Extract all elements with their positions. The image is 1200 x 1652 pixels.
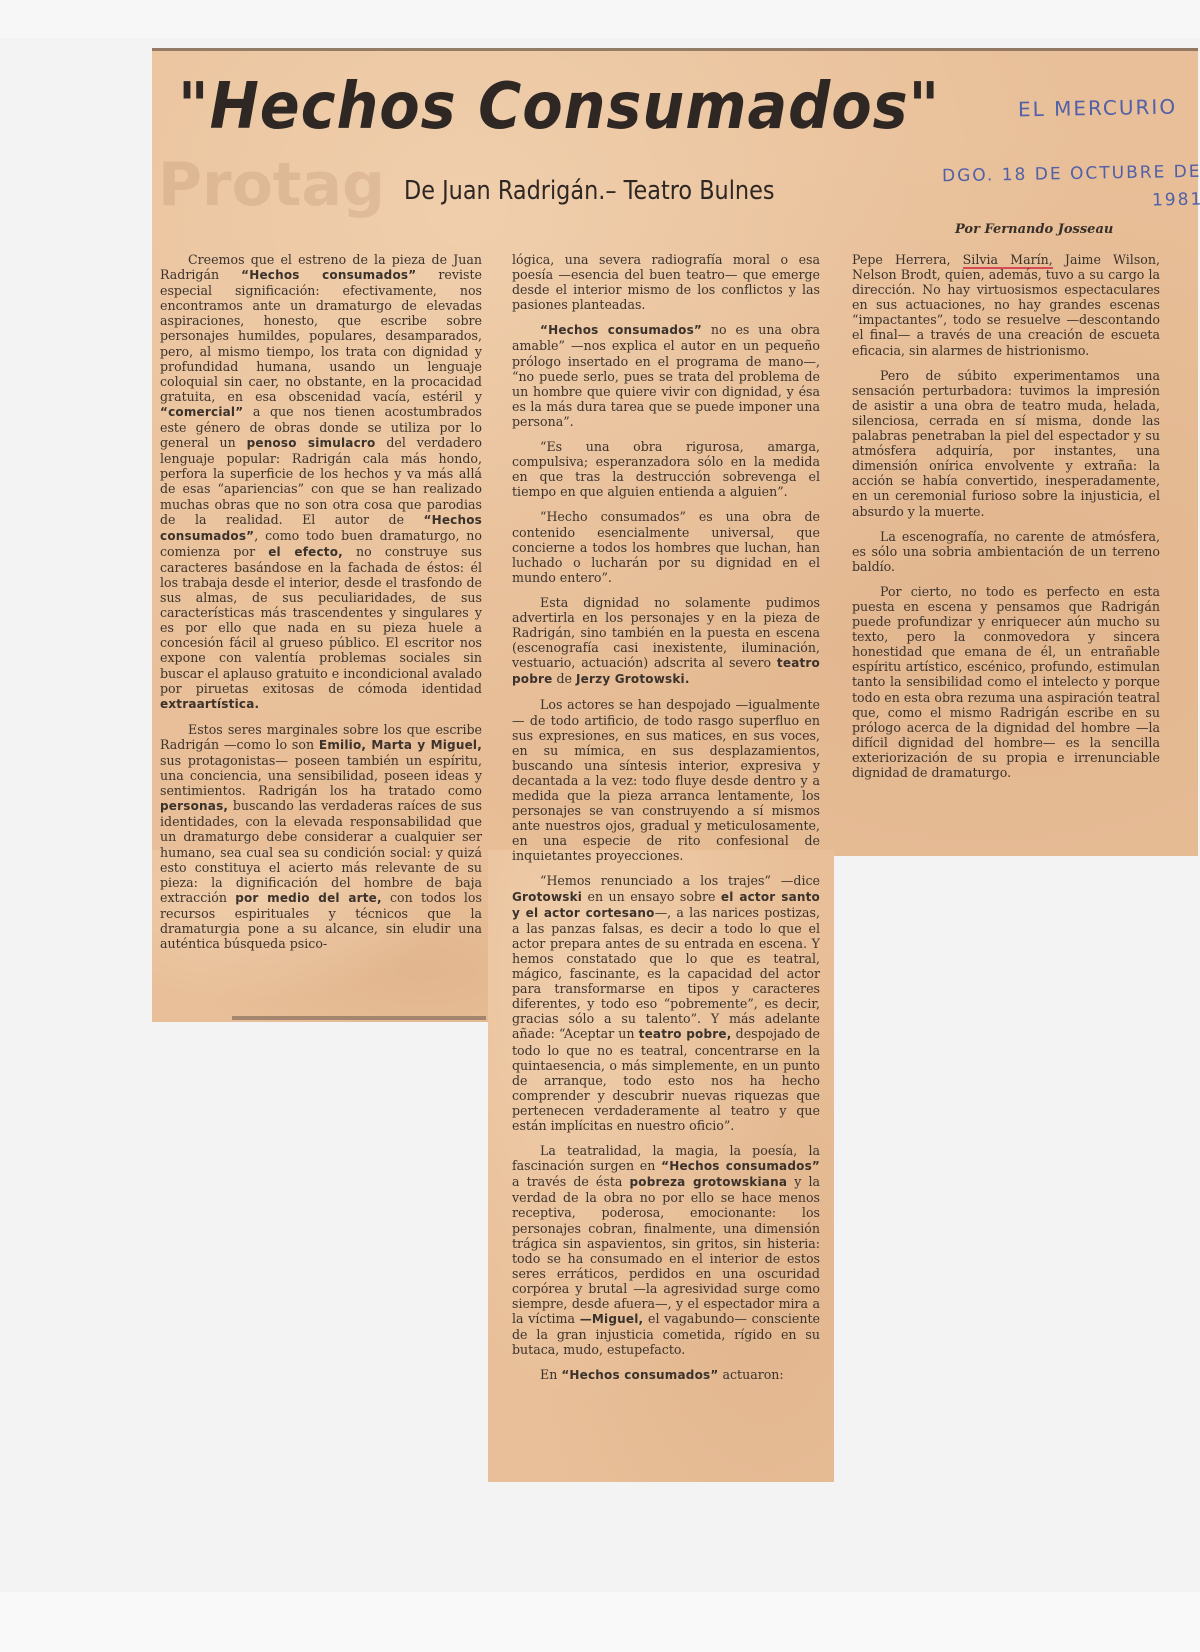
article-paragraph: Los actores se han despojado —igualmente… <box>512 697 820 863</box>
article-paragraph: lógica, una severa radiografía moral o e… <box>512 252 820 312</box>
article-paragraph: Pepe Herrera, Silvia Marín, Jaime Wilson… <box>852 252 1160 358</box>
emphasis-text: “Hechos consumados” <box>160 513 482 543</box>
scanner-bottom-margin <box>0 1592 1200 1652</box>
article-paragraph: “Es una obra rigurosa, amarga, compulsiv… <box>512 439 820 499</box>
emphasis-text: “Hechos consumados” <box>561 1368 718 1382</box>
emphasis-text: teatro pobre, <box>639 1027 732 1041</box>
scanner-background <box>0 0 1200 38</box>
top-rule <box>152 48 1198 51</box>
article-paragraph: La escenografía, no carente de atmósfera… <box>852 529 1160 574</box>
article-paragraph: “Hemos renunciado a los trajes” —dice Gr… <box>512 873 820 1133</box>
article-paragraph: Creemos que el estreno de la pieza de Ju… <box>160 252 482 712</box>
underlined-name: Silvia Marín, <box>963 252 1053 269</box>
emphasis-text: Jerzy Grotowski. <box>576 672 690 686</box>
emphasis-text: penoso simulacro <box>247 436 376 450</box>
headline: "Hechos Consumados" <box>178 70 940 144</box>
emphasis-text: Grotowski <box>512 890 582 904</box>
article-column-2: lógica, una severa radiografía moral o e… <box>512 252 820 1393</box>
bleed-through-text: Protag <box>158 150 385 220</box>
byline: Por Fernando Josseau <box>955 222 1113 237</box>
handwritten-year: 1981 <box>1152 190 1200 211</box>
article-column-3: Pepe Herrera, Silvia Marín, Jaime Wilson… <box>852 252 1160 790</box>
emphasis-text: pobreza grotowskiana <box>630 1175 788 1189</box>
column-end-rule <box>232 1016 486 1020</box>
emphasis-text: “Hechos consumados” <box>241 268 416 282</box>
article-paragraph: Pero de súbito experimentamos una sensac… <box>852 368 1160 519</box>
emphasis-text: “comercial” <box>160 405 243 419</box>
handwritten-source: EL MERCURIO <box>1018 95 1177 122</box>
emphasis-text: extraartística. <box>160 697 259 711</box>
emphasis-text: por medio del arte, <box>235 891 382 905</box>
article-paragraph: Por cierto, no todo es perfecto en esta … <box>852 584 1160 780</box>
article-column-1: Creemos que el estreno de la pieza de Ju… <box>160 252 482 961</box>
emphasis-text: personas, <box>160 799 228 813</box>
article-paragraph: En “Hechos consumados” actuaron: <box>512 1367 820 1383</box>
article-paragraph: Estos seres marginales sobre los que esc… <box>160 722 482 951</box>
article-paragraph: Esta dignidad no solamente pudimos adver… <box>512 595 820 688</box>
emphasis-text: —Miguel, <box>580 1312 644 1326</box>
emphasis-text: el efecto, <box>268 545 343 559</box>
article-paragraph: La teatralidad, la magia, la poesía, la … <box>512 1143 820 1357</box>
article-paragraph: “Hechos consumados” no es una obra amabl… <box>512 322 820 429</box>
emphasis-text: “Hechos consumados” <box>661 1159 820 1173</box>
emphasis-text: “Hechos consumados” <box>540 323 702 337</box>
article-paragraph: “Hecho consumados” es una obra de conten… <box>512 509 820 584</box>
emphasis-text: Emilio, Marta y Miguel, <box>319 738 482 752</box>
subheadline: De Juan Radrigán.– Teatro Bulnes <box>404 176 775 206</box>
